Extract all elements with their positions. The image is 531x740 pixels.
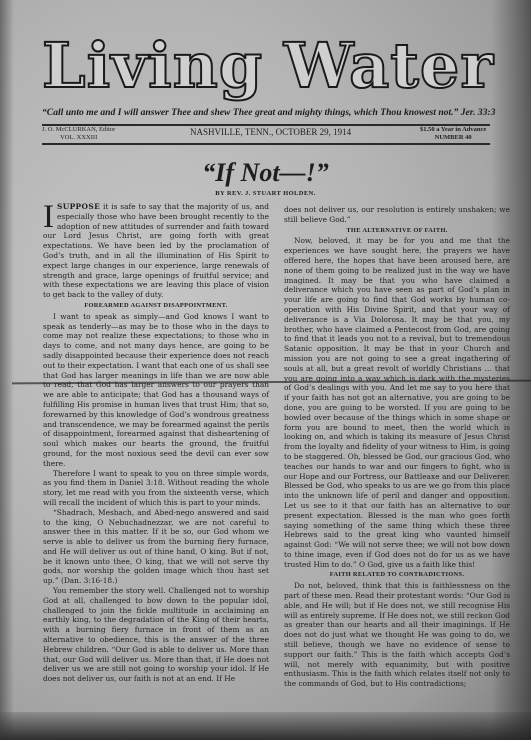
masthead: Living Water bbox=[42, 36, 494, 96]
article-column-right: does not deliver us, our resolution is e… bbox=[284, 205, 510, 689]
paragraph: You remember the story well. Challenged … bbox=[43, 586, 269, 684]
paragraph: Now, beloved, it may be for you and me t… bbox=[284, 236, 510, 569]
paragraph-intro: ISUPPOSE it is safe to say that the majo… bbox=[43, 202, 269, 300]
page-bottom-edge bbox=[0, 712, 531, 740]
section-heading-contradictions: FAITH RELATED TO CONTRADICTIONS. bbox=[284, 570, 510, 580]
masthead-motto: “Call unto me and I will answer Thee and… bbox=[42, 107, 492, 118]
article-byline: BY REV. J. STUART HOLDEN. bbox=[0, 190, 531, 197]
editor-name: J. O. McCLURKAN, Editor bbox=[42, 126, 115, 134]
volume-number: VOL. XXXIII bbox=[42, 134, 115, 142]
article-title: “If Not—!” bbox=[0, 158, 531, 188]
scripture-quote: “Shadrach, Meshach, and Abed-nego answer… bbox=[43, 508, 269, 586]
section-heading-forearmed: FOREARMED AGAINST DISAPPOINTMENT. bbox=[43, 301, 269, 311]
subscription-price: $1.50 a Year in Advance bbox=[420, 126, 486, 134]
editor-info: J. O. McCLURKAN, Editor VOL. XXXIII bbox=[42, 126, 115, 142]
article-column-left: ISUPPOSE it is safe to say that the majo… bbox=[43, 202, 269, 684]
paragraph: does not deliver us, our resolution is e… bbox=[284, 205, 510, 225]
masthead-word-living: Living bbox=[42, 36, 263, 96]
drop-cap: I bbox=[43, 204, 54, 231]
paragraph: I want to speak as simply—and God knows … bbox=[43, 312, 269, 469]
masthead-word-water: Water bbox=[284, 36, 494, 96]
subscription-info: $1.50 a Year in Advance NUMBER 40 bbox=[420, 126, 486, 142]
issue-number: NUMBER 40 bbox=[420, 134, 486, 142]
newspaper-page: Living Water “Call unto me and I will an… bbox=[0, 0, 531, 740]
paragraph: Therefore I want to speak to you on thre… bbox=[43, 469, 269, 508]
header-rule-bottom bbox=[42, 143, 490, 145]
dateline: NASHVILLE, TENN., OCTOBER 29, 1914 bbox=[190, 127, 351, 137]
section-heading-alternative: THE ALTERNATIVE OF FAITH. bbox=[284, 226, 510, 236]
paragraph: Do not, beloved, think that this is fait… bbox=[284, 581, 510, 689]
first-word: SUPPOSE bbox=[57, 202, 100, 211]
